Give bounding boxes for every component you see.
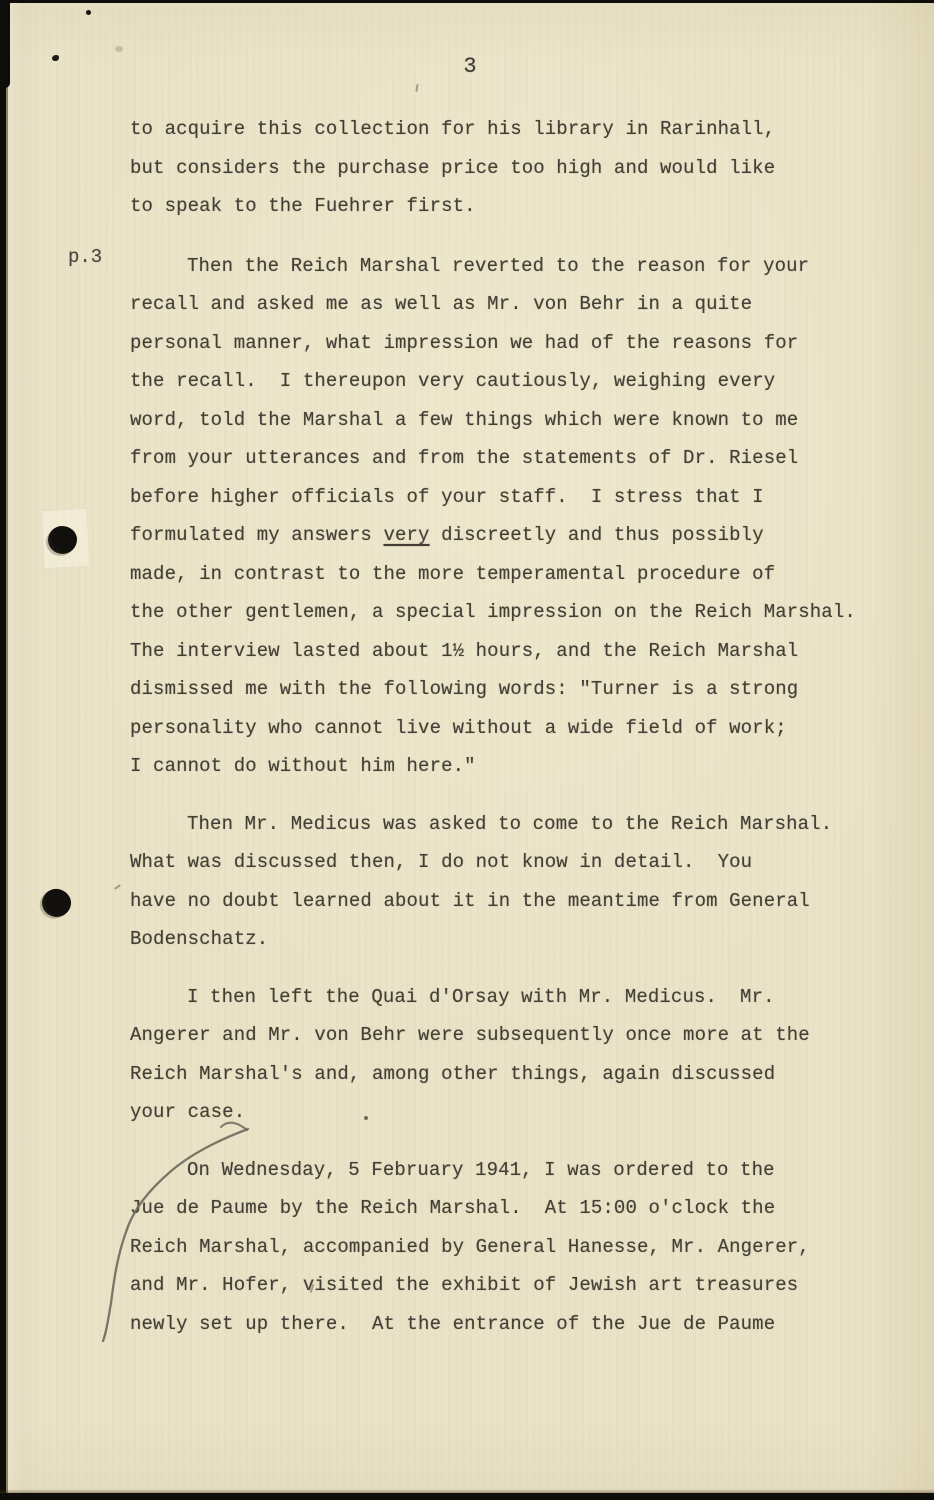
paragraph: to acquire this collection for his libra… [130,110,890,226]
typed-text-body: to acquire this collection for his libra… [130,110,890,1343]
text-line: to speak to the Fuehrer first. [130,187,890,226]
text-line: newly set up there. At the entrance of t… [130,1305,890,1344]
text-line: the other gentlemen, a special impressio… [130,593,890,632]
text-line: Reich Marshal's and, among other things,… [130,1055,890,1094]
text-line: personal manner, what impression we had … [130,324,890,363]
scan-edge-left-shadow [6,0,8,1500]
scan-edge-corner [0,0,10,88]
paper-edge-band [6,0,29,1500]
page-number: 3 [440,54,500,79]
paragraph: I then left the Quai d'Orsay with Mr. Me… [130,978,890,1132]
text-line: Jue de Paume by the Reich Marshal. At 15… [130,1189,890,1228]
text-line: and Mr. Hofer, visited the exhibit of Je… [130,1266,890,1305]
text-line: formulated my answers very discreetly an… [130,516,890,555]
text-line: I cannot do without him here." [130,747,890,786]
text-line: Bodenschatz. [130,920,890,959]
text-line: What was discussed then, I do not know i… [130,843,890,882]
text-line: dismissed me with the following words: "… [130,670,890,709]
text-line: Then the Reich Marshal reverted to the r… [130,247,890,286]
hole-punch-top [48,526,77,554]
paragraph: Then Mr. Medicus was asked to come to th… [130,805,890,959]
text-line: personality who cannot live without a wi… [130,709,890,748]
text-segment: formulated my answers [130,524,383,546]
text-line: word, told the Marshal a few things whic… [130,401,890,440]
text-line: On Wednesday, 5 February 1941, I was ord… [130,1151,890,1190]
margin-note: p.3 [68,246,102,268]
text-line: to acquire this collection for his libra… [130,110,890,149]
smudge-mark [115,46,123,52]
ink-speck [364,1116,368,1120]
text-line: Angerer and Mr. von Behr were subsequent… [130,1016,890,1055]
text-line: from your utterances and from the statem… [130,439,890,478]
document-scan: 3 p.3 to acquire this collection for his… [0,0,934,1500]
paragraph: On Wednesday, 5 February 1941, I was ord… [130,1151,890,1344]
text-line: made, in contrast to the more temperamen… [130,555,890,594]
underlined-word: very [383,524,429,546]
text-line: Then Mr. Medicus was asked to come to th… [130,805,890,844]
text-line: but considers the purchase price too hig… [130,149,890,188]
paragraph: Then the Reich Marshal reverted to the r… [130,247,890,786]
text-segment: discreetly and thus possibly [430,524,764,546]
text-line: your case. [130,1093,890,1132]
text-line: before higher officials of your staff. I… [130,478,890,517]
ink-speck [86,10,91,15]
text-line: The interview lasted about 1½ hours, and… [130,632,890,671]
scan-edge-bottom [0,1493,934,1500]
text-line: the recall. I thereupon very cautiously,… [130,362,890,401]
text-line: recall and asked me as well as Mr. von B… [130,285,890,324]
text-line: have no doubt learned about it in the me… [130,882,890,921]
scan-edge-top [0,0,934,3]
text-line: Reich Marshal, accompanied by General Ha… [130,1228,890,1267]
text-line: I then left the Quai d'Orsay with Mr. Me… [130,978,890,1017]
